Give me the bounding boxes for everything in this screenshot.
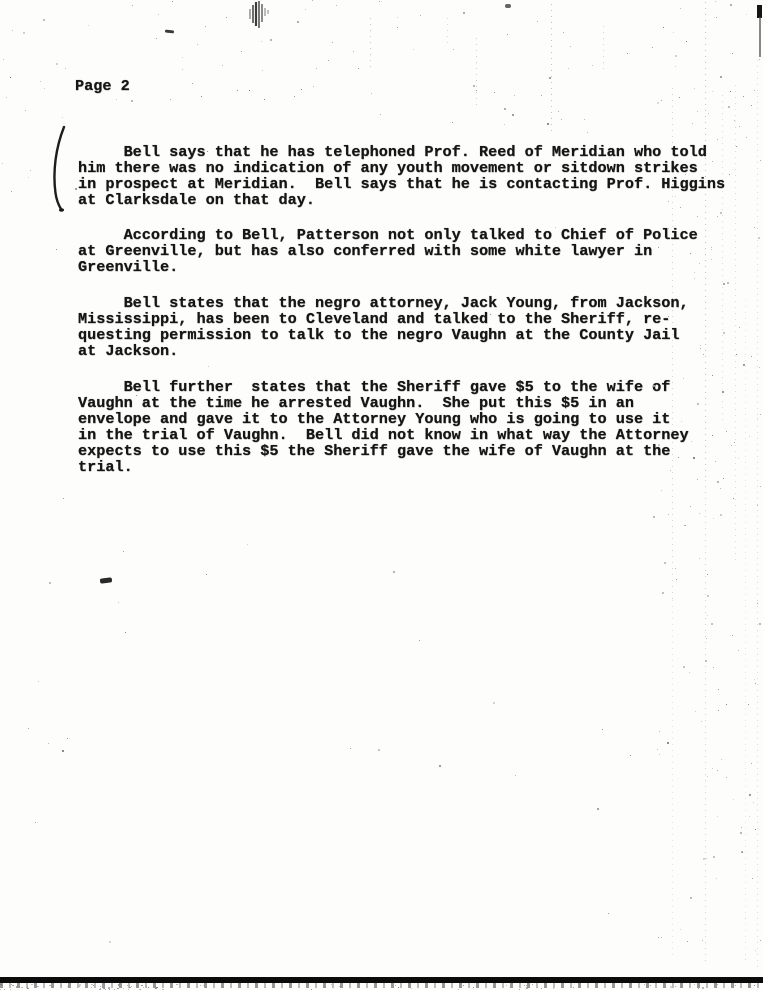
ink-smudge bbox=[100, 577, 113, 583]
page-number-label: Page 2 bbox=[75, 78, 130, 94]
ink-smudge bbox=[165, 30, 174, 34]
paragraph-2: According to Bell, Patterson not only ta… bbox=[78, 227, 698, 275]
paragraph-1: Bell says that he has telephoned Prof. R… bbox=[78, 144, 725, 208]
handwritten-margin-bracket bbox=[46, 123, 74, 217]
paragraph-3: Bell states that the negro attorney, Jac… bbox=[78, 295, 689, 359]
scan-edge-fray bbox=[0, 983, 763, 988]
ink-smudge bbox=[505, 4, 511, 8]
edge-ink-mark bbox=[759, 17, 761, 57]
paragraph-4: Bell further states that the Sheriff gav… bbox=[78, 379, 689, 475]
document-page: Page 2 Bell says that he has telephoned … bbox=[0, 0, 763, 990]
top-scribble-mark bbox=[243, 0, 277, 32]
